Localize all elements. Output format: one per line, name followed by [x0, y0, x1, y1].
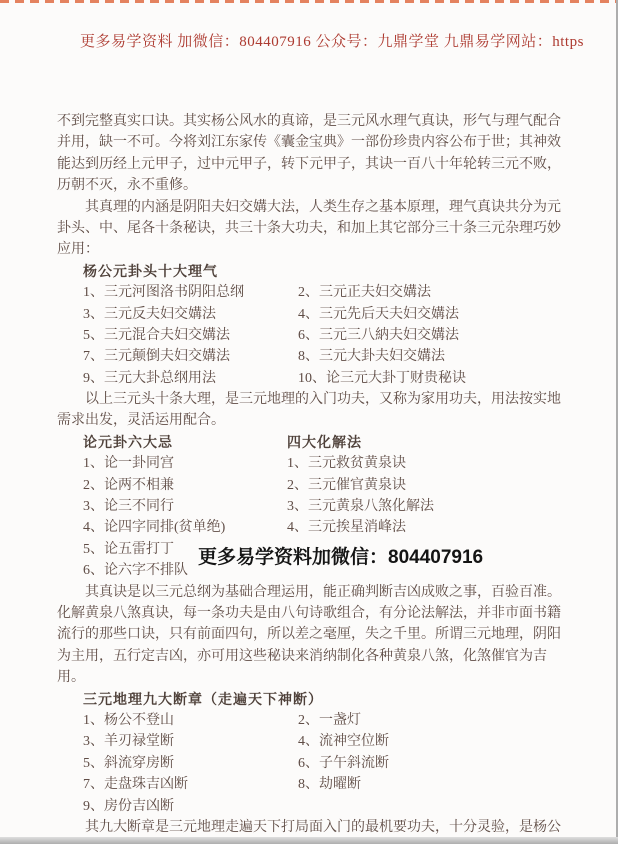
text-line: 为主用，五行定吉凶，亦可用这些秘诀来消纳制化各种黄泉八煞，化煞催官为吉 [57, 646, 563, 667]
list-row: 5、斜流穿房断 6、子午斜流断 [57, 753, 563, 774]
list-nine-chapters: 1、杨公不登山 2、一盏灯 3、羊刃禄堂断 4、流神空位断 5、斜流穿房断 6、… [57, 710, 563, 817]
text-line: 历朝不灭，永不重修。 [57, 175, 563, 196]
list-item: 7、走盘珠吉凶断 [83, 774, 188, 795]
paragraph-4: 其真诀是以三元总纲为基础合理运用，能正确判断吉凶成败之事，百验百准。 化解黄泉八… [57, 582, 563, 689]
header-contact-line: 更多易学资料 加微信：804407916 公众号：九鼎学堂 九鼎易学网站：htt… [80, 33, 618, 52]
text-line: 流行的那些口诀，只有前面四句，所以差之毫厘，失之千里。所谓三元地理，阴阳 [57, 624, 563, 645]
list-item: 1、杨公不登山 [83, 710, 174, 731]
paragraph-2: 其真理的内涵是阴阳夫妇交媾大法，人类生存之基本原理，理气真诀共分为元 卦头、中、… [57, 197, 563, 261]
paragraph-1: 不到完整真实口诀。其实杨公风水的真谛，是三元风水理气真诀，形气与理气配合 并用，… [57, 111, 563, 197]
list-item: 1、三元救贫黄泉诀 [287, 453, 406, 474]
section-heading-four-remedies: 四大化解法 [287, 432, 362, 453]
paragraph-5: 其九大断章是三元地理走遍天下打局面入门的最机要功夫，十分灵验，是杨公 [57, 817, 563, 838]
list-item: 6、论六字不排队 [83, 560, 188, 581]
text-line: 需求出发，灵活运用配合。 [57, 410, 563, 431]
text-line: 卦头、中、尾各十条秘诀，共三十条大功夫，和加上其它部分三十条三元杂理巧妙 [57, 218, 563, 239]
list-row: 5、三元混合夫妇交媾法 6、三元三八納夫妇交媾法 [57, 325, 563, 346]
list-row: 7、走盘珠吉凶断 8、劫曜断 [57, 774, 563, 795]
list-item: 10、论三元大卦丁财贵秘诀 [298, 368, 466, 389]
list-item: 2、论两不相兼 [83, 475, 174, 496]
text-line: 其真理的内涵是阴阳夫妇交媾大法，人类生存之基本原理，理气真诀共分为元 [57, 197, 563, 218]
list-item: 7、三元颠倒夫妇交媾法 [83, 346, 230, 367]
list-item: 6、三元三八納夫妇交媾法 [298, 325, 459, 346]
document-page: 更多易学资料 加微信：804407916 公众号：九鼎学堂 九鼎易学网站：htt… [0, 0, 618, 844]
list-row: 3、羊刃禄堂断 4、流神空位断 [57, 731, 563, 752]
text-line: 并用，缺一不可。今将刘江东家传《囊金宝典》一部份珍贵内容公布于世；其神效 [57, 132, 563, 153]
document-content: 不到完整真实口诀。其实杨公风水的真谛，是三元风水理气真诀，形气与理气配合 并用，… [57, 111, 563, 838]
list-row: 3、三元反夫妇交媾法 4、三元先后天夫妇交媾法 [57, 304, 563, 325]
list-row: 1、论一卦同宫 1、三元救贫黄泉诀 [57, 453, 563, 474]
list-item: 2、三元催官黄泉诀 [287, 475, 406, 496]
section-heading-six-taboos: 论元卦六大忌 [83, 432, 173, 453]
list-item: 8、三元大卦夫妇交媾法 [298, 346, 445, 367]
text-line: 化解黄泉八煞真诀，每一条功夫是由八句诗歌组合，有分论法解法，并非市面书籍 [57, 603, 563, 624]
text-line: 其九大断章是三元地理走遍天下打局面入门的最机要功夫，十分灵验，是杨公 [57, 817, 563, 838]
section-heading-nine-chapters: 三元地理九大断章（走遍天下神断） [57, 689, 563, 710]
list-item: 5、斜流穿房断 [83, 753, 174, 774]
watermark-contact-text: 更多易学资料加微信：804407916 [198, 546, 483, 570]
list-item: 2、三元正夫妇交媾法 [298, 282, 431, 303]
section-headings-row: 论元卦六大忌 四大化解法 [57, 432, 563, 453]
list-row: 7、三元颠倒夫妇交媾法 8、三元大卦夫妇交媾法 [57, 346, 563, 367]
list-item: 3、三元黄泉八煞化解法 [287, 496, 434, 517]
list-item: 1、论一卦同宫 [83, 453, 174, 474]
list-item: 5、论五雷打丁 [83, 539, 174, 560]
list-item: 4、论四字同排(贫单绝) [83, 517, 225, 538]
text-line: 应用： [57, 239, 563, 260]
list-row: 4、论四字同排(贫单绝) 4、三元挨星消峰法 [57, 517, 563, 538]
list-item: 3、三元反夫妇交媾法 [83, 304, 216, 325]
paragraph-3: 以上三元头十条大理，是三元地理的入门功夫，又称为家用功夫，用法按实地 需求出发，… [57, 389, 563, 432]
list-item: 3、论三不同行 [83, 496, 174, 517]
section-heading-ten-liqi: 杨公元卦头十大理气 [57, 261, 563, 282]
page-top-dashed-border [0, 0, 618, 3]
list-item: 5、三元混合夫妇交媾法 [83, 325, 230, 346]
text-line: 其真诀是以三元总纲为基础合理运用，能正确判断吉凶成败之事，百验百准。 [57, 582, 563, 603]
list-item: 8、劫曜断 [298, 774, 361, 795]
list-item: 4、三元挨星消峰法 [287, 517, 406, 538]
text-line: 不到完整真实口诀。其实杨公风水的真谛，是三元风水理气真诀，形气与理气配合 [57, 111, 563, 132]
text-line: 以上三元头十条大理，是三元地理的入门功夫，又称为家用功夫，用法按实地 [57, 389, 563, 410]
list-row: 2、论两不相兼 2、三元催官黄泉诀 [57, 475, 563, 496]
list-ten-liqi: 1、三元河图洛书阴阳总纲 2、三元正夫妇交媾法 3、三元反夫妇交媾法 4、三元先… [57, 282, 563, 389]
list-item: 9、三元大卦总纲用法 [83, 368, 216, 389]
list-item: 4、三元先后天夫妇交媾法 [298, 304, 459, 325]
list-row: 9、三元大卦总纲用法 10、论三元大卦丁财贵秘诀 [57, 368, 563, 389]
list-row: 1、三元河图洛书阴阳总纲 2、三元正夫妇交媾法 [57, 282, 563, 303]
text-line: 用。 [57, 667, 563, 688]
list-item: 6、子午斜流断 [298, 753, 389, 774]
list-item: 4、流神空位断 [298, 731, 389, 752]
list-item: 2、一盏灯 [298, 710, 361, 731]
list-item: 1、三元河图洛书阴阳总纲 [83, 282, 244, 303]
list-row: 3、论三不同行 3、三元黄泉八煞化解法 [57, 496, 563, 517]
list-row: 9、房份吉凶断 [57, 796, 563, 817]
list-item: 9、房份吉凶断 [83, 796, 174, 817]
text-line: 能达到历经上元甲子，过中元甲子，转下元甲子，其诀一百八十年轮转三元不败， [57, 154, 563, 175]
list-row: 1、杨公不登山 2、一盏灯 [57, 710, 563, 731]
page-bottom-edge [0, 837, 618, 844]
list-item: 3、羊刃禄堂断 [83, 731, 174, 752]
